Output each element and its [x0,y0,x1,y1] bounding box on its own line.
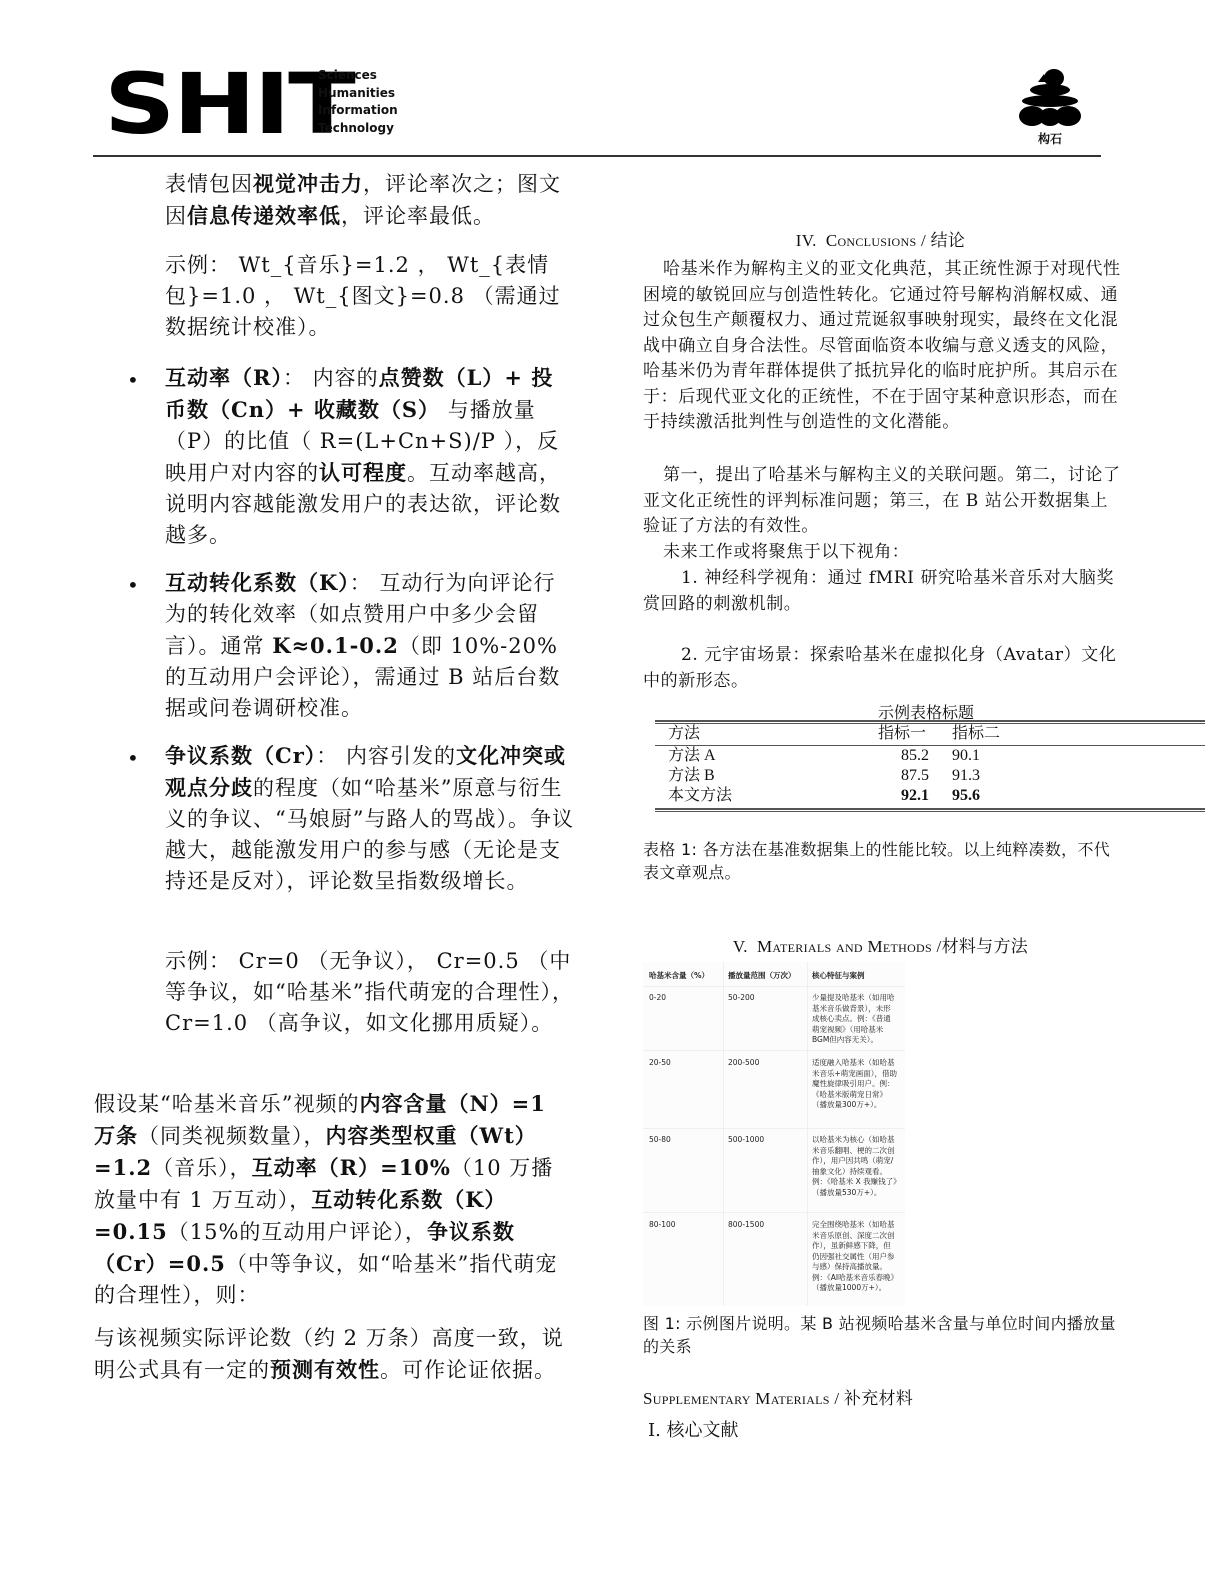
table-top-rule [655,720,1205,722]
section-number: V. [733,937,748,956]
figure-cell: 500-1000 [728,1135,764,1146]
grid-line [807,962,808,1306]
figure-1-image: 哈基米含量（%） 播放量范围（万次） 核心特征与案例 0-20 50-200 少… [643,962,905,1306]
figure-cell: 20-50 [649,1058,671,1069]
figure-header: 核心特征与案例 [812,970,865,981]
figure-cell: 800-1500 [728,1220,764,1231]
figure-cell: 少量提及哈基米（如用哈基米音乐做背景），未形成核心卖点。例：《普通萌宠视频》（用… [812,993,898,1046]
section-heading-materials: V. Materials and Methods /材料与方法 [643,932,1118,957]
grid-line [643,1128,905,1129]
table-cell-metric-2: 91.3 [952,766,980,787]
table-bottom-rule [655,811,1205,812]
emblem-caption: 构石 [1000,130,1100,147]
bullet-icon: • [127,573,139,597]
table-bottom-rule [655,808,1205,810]
section-heading-conclusions: IV. Conclusions / 结论 [643,226,1118,251]
section-title-zh: / 补充材料 [830,1389,913,1408]
section-title-en: Supplementary Materials [643,1389,830,1408]
figure-cell: 0-20 [649,993,666,1004]
figure-cell: 完全围绕哈基米（如哈基米音乐原创、深度二次创作），虽新鲜感下降，但仍因强社交属性… [812,1220,898,1294]
section-number: IV. [796,231,817,250]
text-bold: 视觉冲击力 [253,171,363,196]
table-cell-metric-2: 90.1 [952,746,980,767]
text-bold: 认可程度 [319,460,407,485]
journal-logo-subtitle: Sciences Humanities Information Technolo… [318,67,398,137]
future-work-item-1: 1. 神经科学视角：通过 fMRI 研究哈基米音乐对大脑奖赏回路的刺激机制。 [643,566,1121,617]
figure-cell: 50-80 [649,1135,671,1146]
figure-cell: 200-500 [728,1058,759,1069]
grid-line [643,1212,905,1213]
figure-header: 播放量范围（万次） [728,970,796,981]
paragraph-validation: 与该视频实际评论数（约 2 万条）高度一致，说明公式具有一定的预测有效性。可作论… [94,1323,574,1386]
text-bold: 争议系数（Cr） [165,743,316,768]
example-controversy: 示例： Cr=0 （无争议）， Cr=0.5 （中等争议，如“哈基米”指代萌宠的… [165,946,575,1039]
table-row: 方法 A 85.2 90.1 [668,746,1208,766]
figure-cell: 80-100 [649,1220,676,1231]
grid-line [643,986,905,987]
figure-caption: 图 1: 示例图片说明。某 B 站视频哈基米含量与单位时间内播放量的关系 [643,1312,1121,1358]
table-header-metric-2: 指标二 [952,724,1000,745]
header-divider [93,155,1101,157]
example-weights: 示例： Wt_{音乐}=1.2 ， Wt_{表情包}=1.0 ， Wt_{图文}… [165,250,575,343]
journal-logo: SHIT [104,62,353,146]
section-title-zh: /材料与方法 [932,937,1028,956]
grid-line [723,962,724,1306]
logo-sub-line: Information [318,102,398,120]
table-cell-method: 本文方法 [668,786,732,807]
text: 表情包因 [165,172,253,196]
table-row: 方法 B 87.5 91.3 [668,766,1208,786]
table-cell-metric-1: 92.1 [869,786,929,807]
text-bold: 互动转化系数（K） [165,570,350,595]
conclusions-paragraph-2: 第一，提出了哈基米与解构主义的关联问题。第二，讨论了亚文化正统性的评判标准问题；… [643,463,1121,540]
paragraph-assumption: 假设某“哈基米音乐”视频的内容含量（N）=1 万条（同类视频数量），内容类型权重… [94,1088,574,1311]
table-cell-metric-2: 95.6 [952,786,980,807]
text: （音乐）， [152,1156,252,1180]
table-header-row: 方法 指标一 指标二 [668,724,1208,746]
figure-cell: 50-200 [728,993,755,1004]
figure-cell: 适度融入哈基米（如哈基米音乐+萌宠画面），借助魔性旋律吸引用户。例：《哈基米版萌… [812,1058,898,1111]
bullet-controversy-coefficient: 争议系数（Cr）： 内容引发的文化冲突或观点分歧的程度（如“哈基米”原意与衍生义… [165,740,575,897]
text: ： 内容的 [283,366,379,390]
table-cell-method: 方法 B [668,766,715,787]
section-title-zh: / 结论 [916,231,965,250]
table-caption: 表格 1: 各方法在基准数据集上的性能比较。以上纯粹凑数，不代表文章观点。 [643,838,1121,884]
text: 。可作论证依据。 [380,1358,556,1382]
bullet-icon: • [127,368,139,392]
table-cell-metric-1: 87.5 [869,766,929,787]
section-title-en: Conclusions [826,231,917,250]
text: ，评论率最低。 [341,204,495,228]
text-bold: 互动率（R） [165,365,283,390]
bullet-conversion-coefficient: 互动转化系数（K）： 互动行为向评论行为的转化效率（如点赞用户中多少会留言）。通… [165,567,575,724]
grid-line [643,1050,905,1051]
table-row: 本文方法 92.1 95.6 [668,786,1208,806]
text: ： 内容引发的 [316,744,456,768]
paragraph-content-types: 表情包因视觉冲击力，评论率次之；图文因信息传递效率低，评论率最低。 [165,168,575,232]
table-cell-method: 方法 A [668,746,716,767]
future-work-intro: 未来工作或将聚焦于以下视角： [663,540,1123,566]
text-bold: K≈0.1-0.2 [272,633,399,658]
stone-pile-icon [1018,68,1082,126]
text: （同类视频数量）， [138,1124,326,1148]
conclusions-paragraph-1: 哈基米作为解构主义的亚文化典范，其正统性源于对现代性困境的敏锐回应与创造性转化。… [643,257,1121,436]
bullet-interaction-rate: 互动率（R）： 内容的点赞数（L）+ 投币数（Cn）+ 收藏数（S） 与播放量（… [165,362,575,551]
text-bold: 信息传递效率低 [187,203,341,228]
logo-sub-line: Technology [318,120,398,138]
text: 假设某“哈基米音乐”视频的 [94,1092,359,1116]
table-header-method: 方法 [668,724,700,745]
text-bold: 互动率（R）=10% [252,1155,451,1180]
figure-header: 哈基米含量（%） [649,970,709,981]
text-bold: 预测有效性 [270,1357,380,1382]
bullet-icon: • [127,746,139,770]
logo-sub-line: Humanities [318,85,398,103]
table-cell-metric-1: 85.2 [869,746,929,767]
table-header-metric-1: 指标一 [878,724,926,745]
supplementary-item-1: Ⅰ. 核心文献 [648,1416,739,1442]
section-title-en: Materials and Methods [757,937,932,956]
text: （15%的互动用户评论）， [168,1220,427,1244]
emblem: 构石 [1000,68,1100,147]
logo-sub-line: Sciences [318,67,398,85]
section-heading-supplementary: Supplementary Materials / 补充材料 [643,1384,913,1409]
figure-cell: 以哈基米为核心（如哈基米音乐翻唱、梗的二次创作），用户因共鸣（萌宠/抽象文化）持… [812,1135,898,1198]
future-work-item-2: 2. 元宇宙场景：探索哈基米在虚拟化身（Avatar）文化中的新形态。 [643,643,1121,694]
